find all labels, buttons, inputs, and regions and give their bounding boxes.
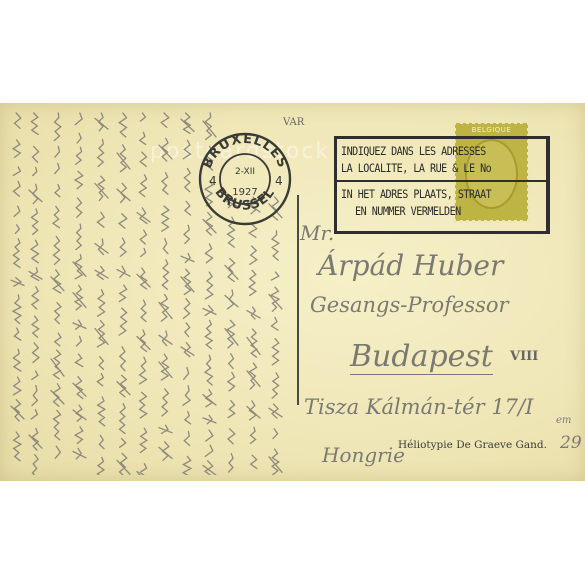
- handwriting-column: [134, 109, 152, 475]
- handwriting-column: [114, 109, 132, 475]
- address-city: Budapest: [350, 339, 493, 375]
- handwriting-column: [26, 109, 44, 475]
- cancel-line-2: LA LOCALITE, LA RUE & LE No: [341, 161, 491, 175]
- divider-line: [297, 195, 299, 405]
- cancel-line-1: INDIQUEZ DANS LES ADRESSES: [341, 144, 486, 158]
- ornament-mark: VAR: [283, 117, 304, 128]
- postmark-year: 1927: [232, 187, 257, 198]
- postmark-top-text: BRUXELLES: [200, 132, 290, 171]
- cancel-line-4: EN NUMMER VERMELDEN: [355, 204, 461, 218]
- address-street-suffix: em: [556, 415, 571, 426]
- postcard-back: postcardstock BRUXELLES BRUSSEL 4 4 2-XI…: [0, 103, 585, 481]
- printer-imprint: Héliotypie De Graeve Gand.: [398, 439, 547, 451]
- slogan-cancellation: INDIQUEZ DANS LES ADRESSES LA LOCALITE, …: [334, 136, 550, 234]
- address-house-number: 29: [560, 433, 582, 453]
- cancel-line-3: IN HET ADRES PLAATS, STRAAT: [341, 187, 491, 201]
- postmark-date: 2-XII: [235, 167, 255, 177]
- address-title: Gesangs-Professor: [310, 293, 509, 317]
- handwriting-column: [70, 109, 88, 475]
- handwriting-column: [8, 109, 26, 475]
- handwriting-column: [92, 109, 110, 475]
- handwriting-column: [222, 193, 240, 475]
- postmark-side-right: 4: [275, 174, 283, 188]
- cancel-rule: [337, 180, 546, 182]
- handwriting-column: [156, 109, 174, 475]
- address-name: Árpád Huber: [318, 249, 503, 282]
- handwriting-column: [48, 109, 66, 475]
- stamp-country-label: BELGIQUE: [455, 126, 528, 134]
- handwriting-column: [244, 193, 262, 475]
- address-salutation: Mr.: [300, 221, 334, 245]
- svg-text:BRUXELLES: BRUXELLES: [200, 132, 290, 171]
- postmark-side-left: 4: [209, 174, 217, 188]
- address-country: Hongrie: [322, 443, 405, 467]
- handwriting-column: [266, 193, 284, 475]
- address-street: Tisza Kálmán-tér 17/I: [304, 395, 533, 419]
- postmark: BRUXELLES BRUSSEL 4 4 2-XII 1927: [195, 127, 295, 227]
- handwriting-column: [178, 109, 196, 475]
- address-district: VIII: [510, 349, 538, 364]
